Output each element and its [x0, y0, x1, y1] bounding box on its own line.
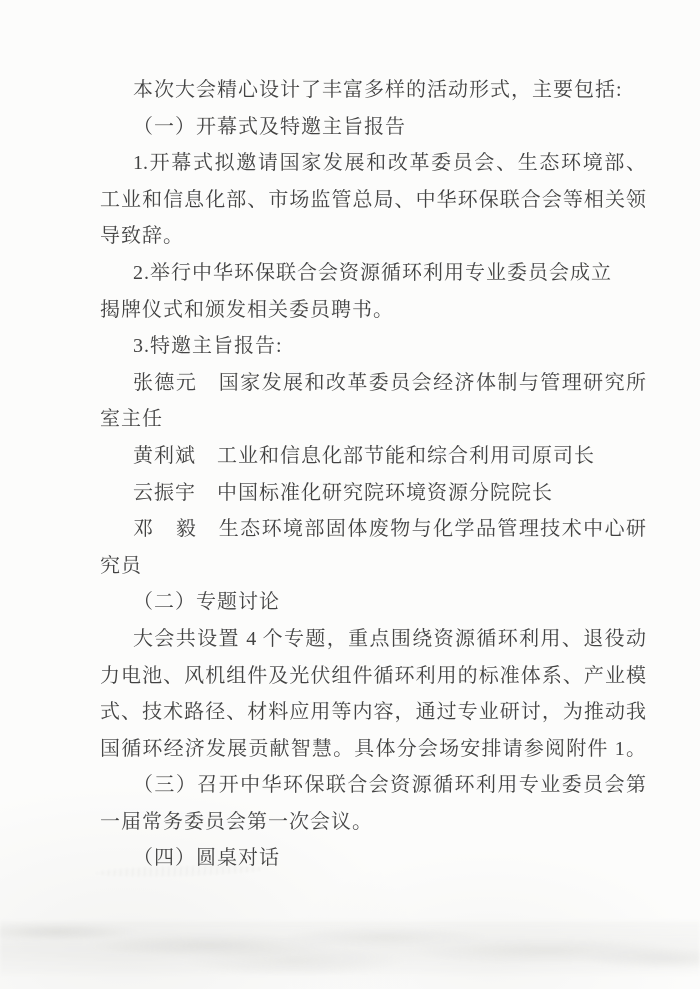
text-line: 工业和信息化部、市场监管总局、中华环保联合会等相关领	[100, 182, 646, 219]
text-line: 室主任	[100, 401, 646, 438]
text-line: 本次大会精心设计了丰富多样的活动形式，主要包括:	[100, 72, 646, 109]
text-line: 力电池、风机组件及光伏组件循环利用的标准体系、产业模	[100, 658, 646, 695]
text-line: 揭牌仪式和颁发相关委员聘书。	[100, 292, 646, 329]
text-line: （三）召开中华环保联合会资源循环利用专业委员会第	[100, 767, 646, 804]
document-page: 本次大会精心设计了丰富多样的活动形式，主要包括:（一）开幕式及特邀主旨报告1.开…	[0, 0, 700, 989]
text-line: （一）开幕式及特邀主旨报告	[100, 109, 646, 146]
text-line: 导致辞。	[100, 218, 646, 255]
text-line: 黄利斌 工业和信息化部节能和综合利用司原司长	[100, 438, 646, 475]
text-line: 国循环经济发展贡献智慧。具体分会场安排请参阅附件 1。	[100, 731, 646, 768]
document-body: 本次大会精心设计了丰富多样的活动形式，主要包括:（一）开幕式及特邀主旨报告1.开…	[100, 72, 646, 877]
text-line: 大会共设置 4 个专题，重点围绕资源循环利用、退役动	[100, 621, 646, 658]
text-line: （二）专题讨论	[100, 584, 646, 621]
text-line: 1.开幕式拟邀请国家发展和改革委员会、生态环境部、	[100, 145, 646, 182]
text-line: 一届常务委员会第一次会议。	[100, 804, 646, 841]
text-line: 邓 毅 生态环境部固体废物与化学品管理技术中心研	[100, 511, 646, 548]
text-line: 究员	[100, 548, 646, 585]
text-line: 云振宇 中国标准化研究院环境资源分院院长	[100, 475, 646, 512]
text-line: 张德元 国家发展和改革委员会经济体制与管理研究所	[100, 365, 646, 402]
text-line: 2.举行中华环保联合会资源循环利用专业委员会成立	[100, 255, 646, 292]
text-line: 3.特邀主旨报告:	[100, 328, 646, 365]
text-line: 式、技术路径、材料应用等内容，通过专业研讨，为推动我	[100, 694, 646, 731]
scan-noise-band	[0, 921, 700, 975]
